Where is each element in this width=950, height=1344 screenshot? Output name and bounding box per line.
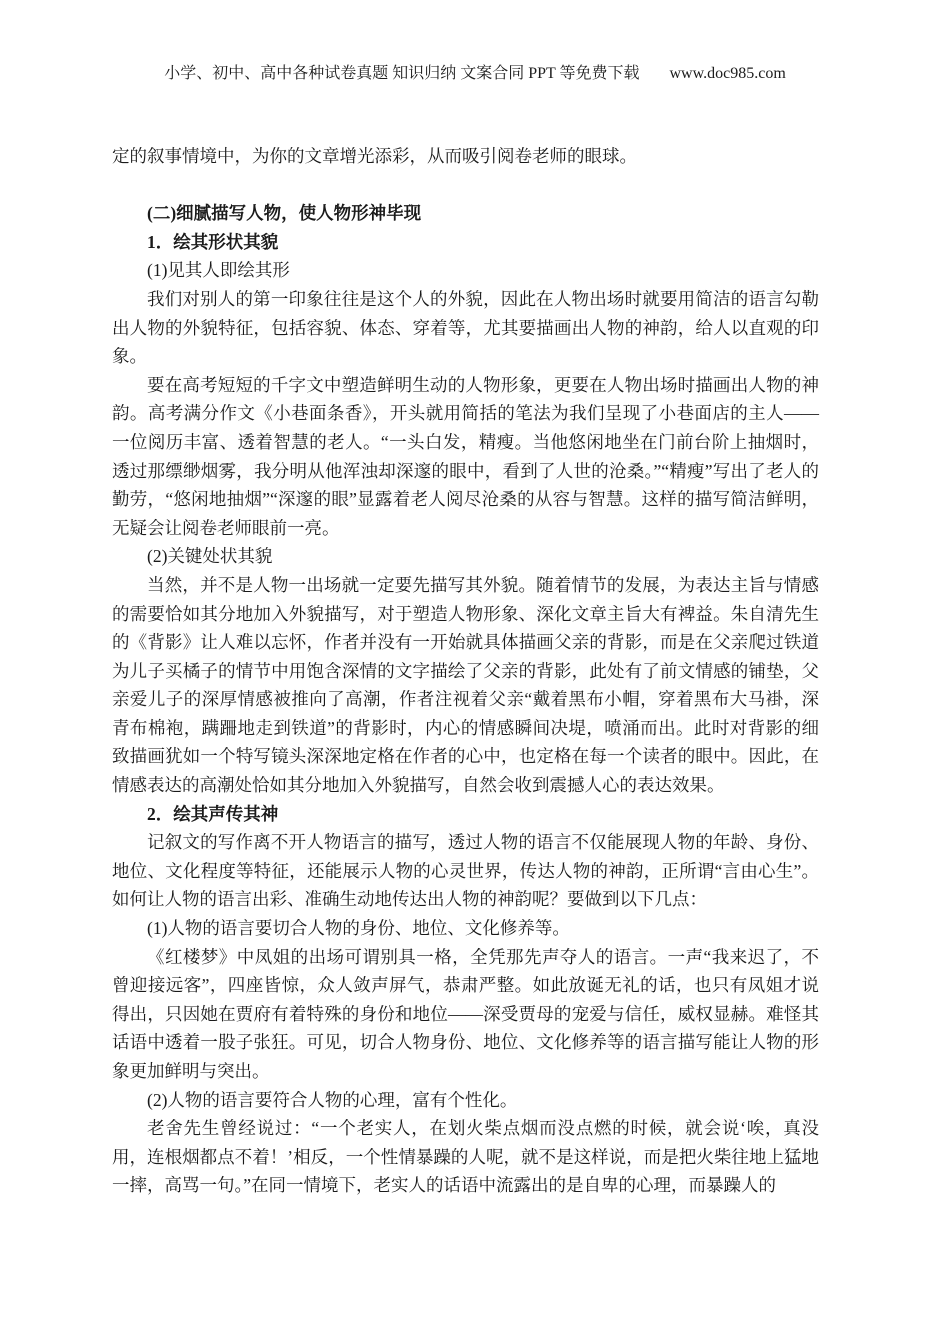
point-heading-1-1: (1)见其人即绘其形 — [112, 256, 819, 285]
site-header: 小学、初中、高中各种试卷真题 知识归纳 文案合同 PPT 等免费下载 www.d… — [0, 62, 950, 86]
paragraph-laoshe-example: 老舍先生曾经说过：“一个老实人，在划火柴点烟而没点燃的时候，就会说‘唉，真没用，… — [112, 1114, 819, 1200]
paragraph-language-description: 记叙文的写作离不开人物语言的描写，透过人物的语言不仅能展现人物的年龄、身份、地位… — [112, 828, 819, 914]
header-site-url: www.doc985.com — [670, 62, 786, 86]
paragraph-gaokao-essay-example: 要在高考短短的千字文中塑造鲜明生动的人物形象，更要在人物出场时描画出人物的神韵。… — [112, 371, 819, 543]
paragraph-beiying-example: 当然，并不是人物一出场就一定要先描写其外貌。随着情节的发展，为表达主旨与情感的需… — [112, 571, 819, 800]
header-services-text: 小学、初中、高中各种试卷真题 知识归纳 文案合同 PPT 等免费下载 — [164, 62, 639, 86]
paragraph-first-impression: 我们对别人的第一印象往往是这个人的外貌，因此在人物出场时就要用简洁的语言勾勒出人… — [112, 285, 819, 371]
document-body: 定的叙事情境中，为你的文章增光添彩，从而吸引阅卷老师的眼球。 (二)细腻描写人物… — [112, 142, 819, 1200]
heading-2-draw-voice: 2．绘其声传其神 — [112, 800, 819, 829]
point-heading-2-1: (1)人物的语言要切合人物的身份、地位、文化修养等。 — [112, 914, 819, 943]
point-heading-1-2: (2)关键处状其貌 — [112, 542, 819, 571]
paragraph-hongloumeng-example: 《红楼梦》中凤姐的出场可谓别具一格，全凭那先声夺人的语言。一声“我来迟了，不曾迎… — [112, 943, 819, 1086]
document-page: 小学、初中、高中各种试卷真题 知识归纳 文案合同 PPT 等免费下载 www.d… — [0, 0, 950, 1344]
section-heading-2: (二)细腻描写人物，使人物形神毕现 — [112, 199, 819, 228]
continuation-line: 定的叙事情境中，为你的文章增光添彩，从而吸引阅卷老师的眼球。 — [112, 142, 819, 171]
point-heading-2-2: (2)人物的语言要符合人物的心理，富有个性化。 — [112, 1086, 819, 1115]
heading-1-draw-appearance: 1．绘其形状其貌 — [112, 228, 819, 257]
